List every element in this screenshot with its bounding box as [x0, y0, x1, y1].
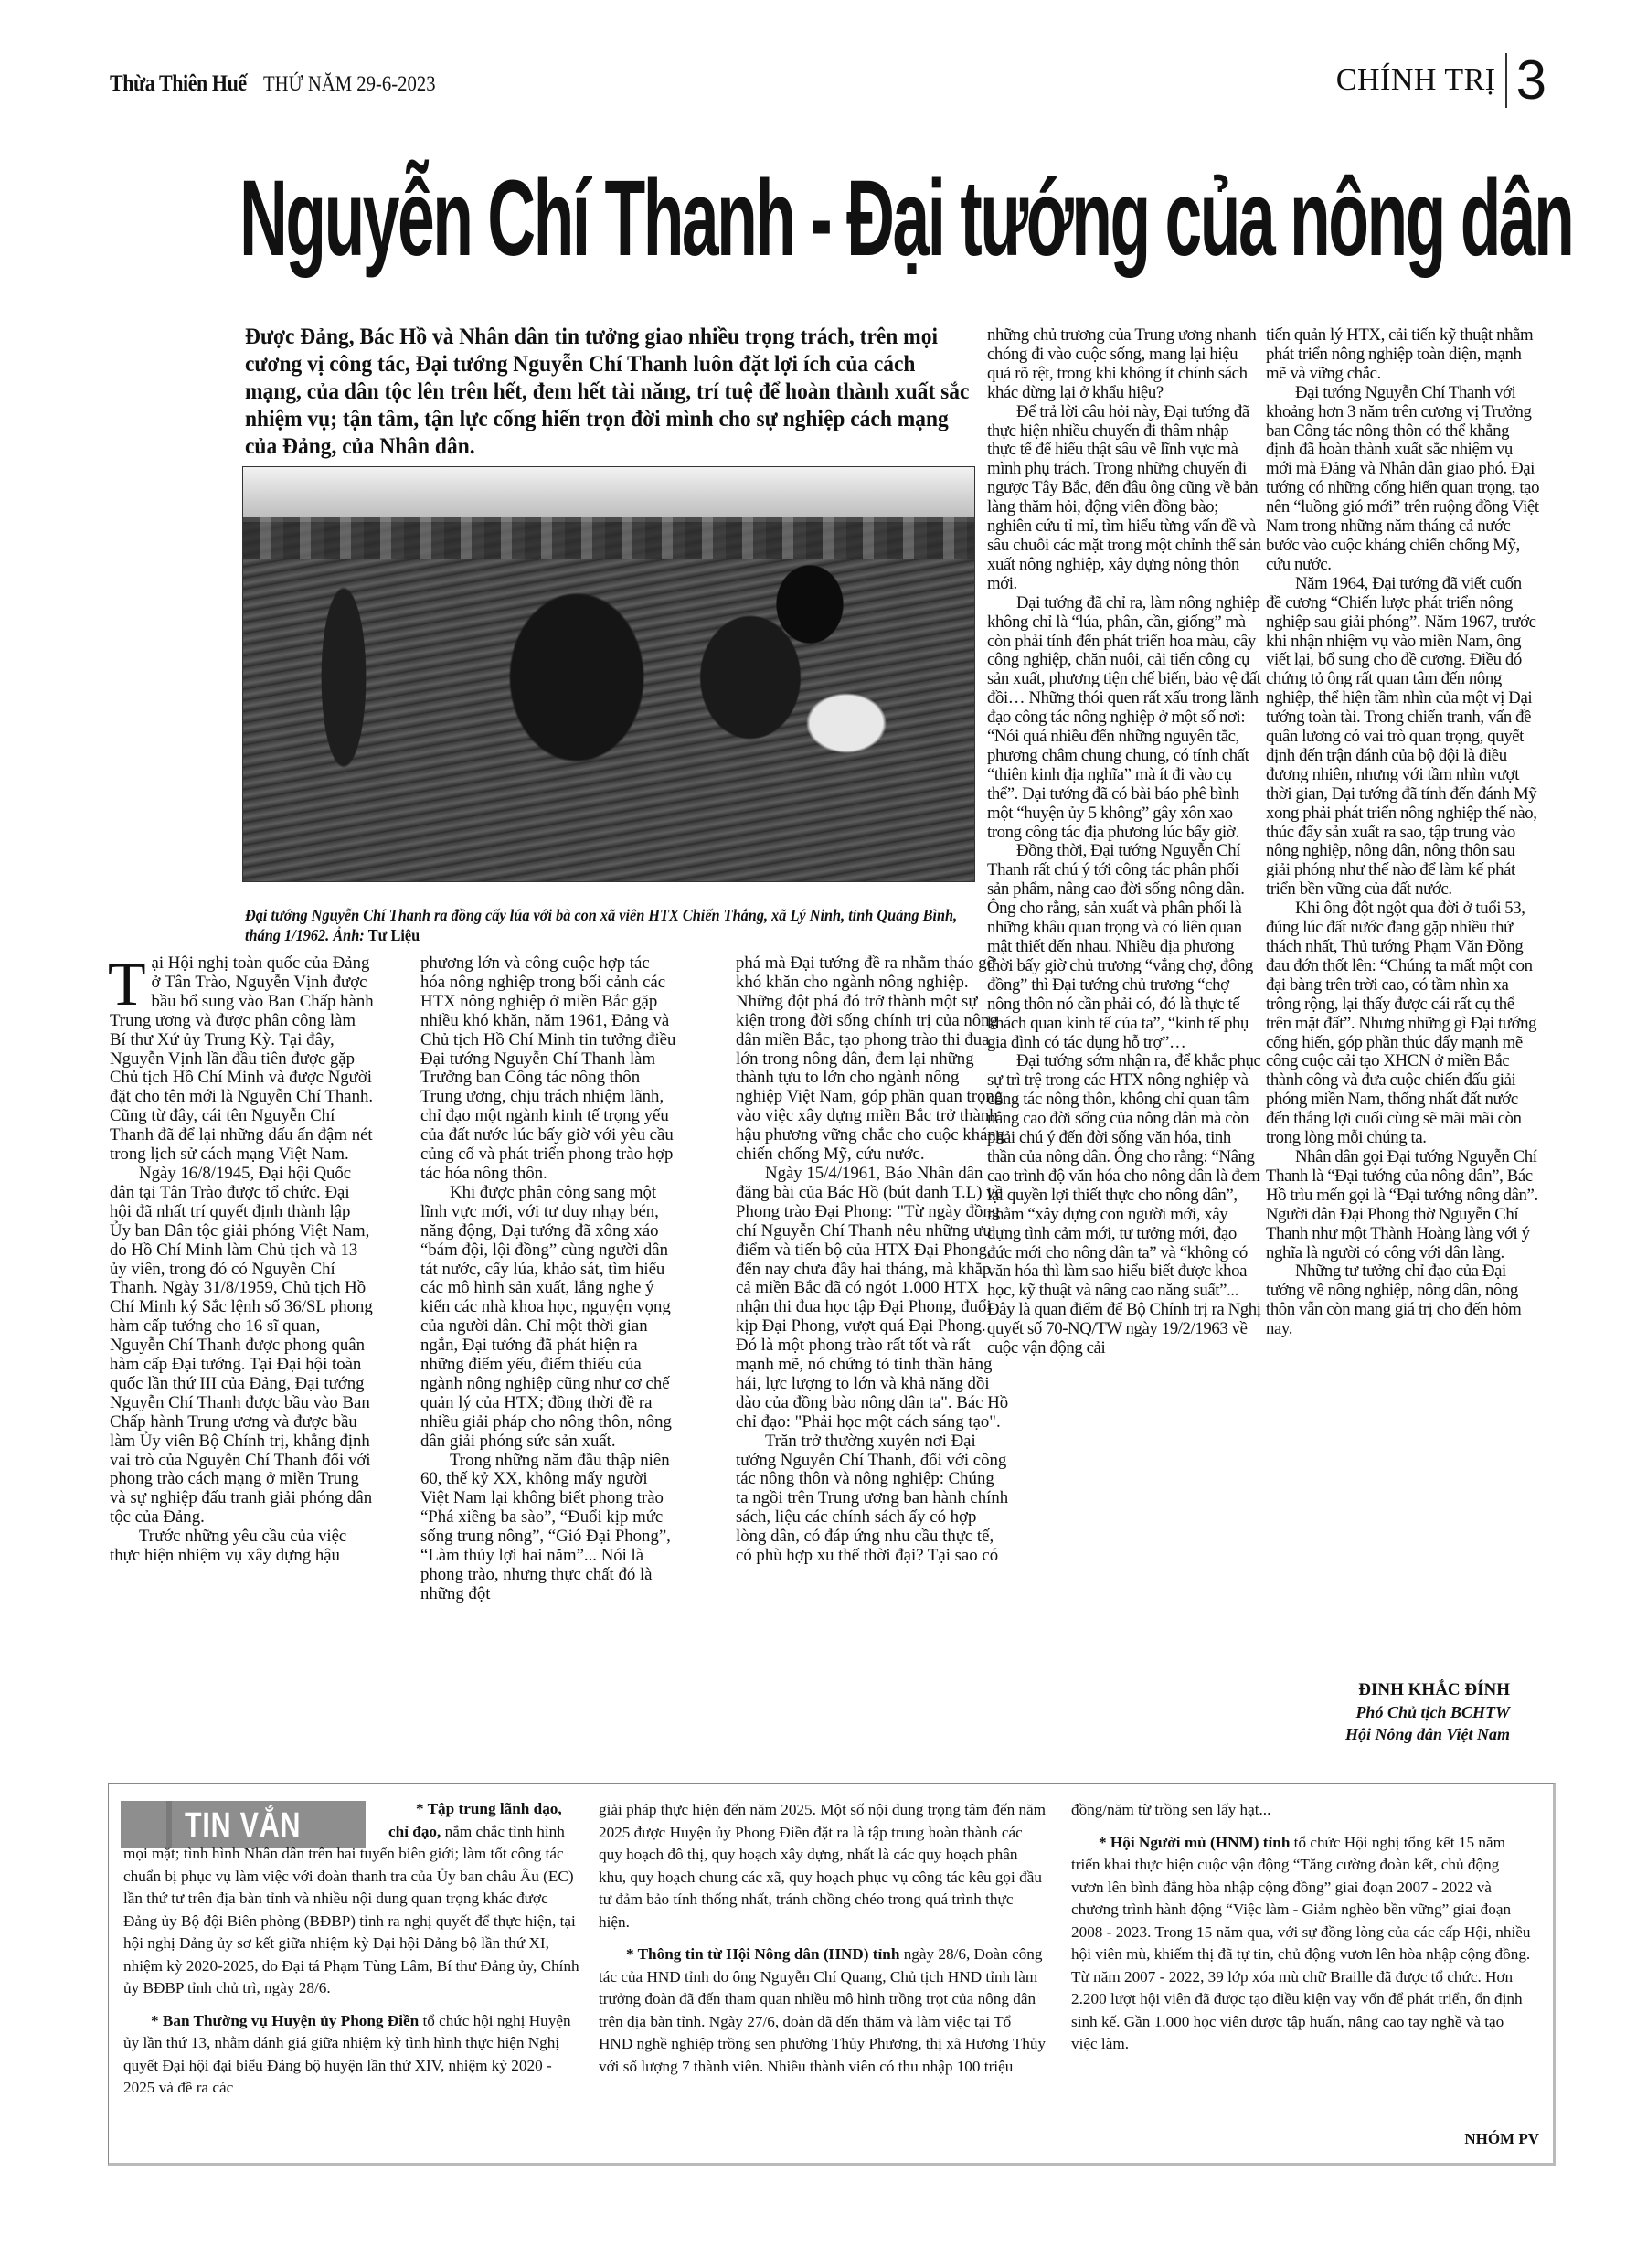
- masthead: Thừa Thiên Huế THỨ NĂM 29-6-2023: [110, 71, 455, 97]
- paragraph: Đại tướng đã chỉ ra, làm nông nghiệp khô…: [987, 594, 1261, 843]
- photo-treeline: [243, 517, 974, 559]
- brief-item: * Hội Người mù (HNM) tỉnh tổ chức Hội ng…: [1071, 1832, 1533, 2056]
- author-name: ĐINH KHẮC ĐÍNH: [1345, 1679, 1510, 1701]
- paragraph: Những tư tưởng chỉ đạo của Đại tướng về …: [1266, 1262, 1540, 1339]
- photo-credit-label: Ảnh:: [333, 926, 364, 944]
- dropcap: T: [108, 957, 146, 1010]
- article-column-4: những chủ trương của Trung ương nhanh ch…: [987, 326, 1261, 1358]
- paragraph: phá mà Đại tướng đề ra nhằm tháo gỡ khó …: [736, 954, 1010, 1165]
- brief-item: * Thông tin từ Hội Nông dân (HND) tỉnh n…: [599, 1943, 1047, 2078]
- paragraph: Ngày 16/8/1945, Đại hội Quốc dân tại Tân…: [110, 1165, 375, 1528]
- brief-item-continued: giải pháp thực hiện đến năm 2025. Một số…: [599, 1799, 1047, 1933]
- paragraph: Năm 1964, Đại tướng đã viết cuốn đề cươn…: [1266, 575, 1540, 900]
- brief-lead: * Ban Thường vụ Huyện ủy Phong Điền: [151, 2012, 419, 2029]
- briefs-column-3: đồng/năm từ trồng sen lấy hạt... * Hội N…: [1071, 1799, 1533, 2066]
- article-column-3: phá mà Đại tướng đề ra nhằm tháo gỡ khó …: [736, 954, 1010, 1566]
- article-column-5: tiến quản lý HTX, cải tiến kỹ thuật nhằm…: [1266, 326, 1540, 1339]
- paragraph: Trước những yêu cầu của việc thực hiện n…: [110, 1528, 375, 1566]
- paragraph: Nhân dân gọi Đại tướng Nguyễn Chí Thanh …: [1266, 1148, 1540, 1262]
- brief-lead: * Hội Người mù (HNM) tỉnh: [1099, 1834, 1290, 1851]
- issue-date: THỨ NĂM 29-6-2023: [263, 72, 436, 96]
- brief-item: * Ban Thường vụ Huyện ủy Phong Điền tổ c…: [123, 2010, 580, 2100]
- article-photo: [242, 466, 975, 882]
- paragraph: Trong những năm đầu thập niên 60, thế kỷ…: [420, 1452, 676, 1604]
- article-sapo: Được Đảng, Bác Hồ và Nhân dân tin tưởng …: [245, 323, 976, 460]
- article-headline: Nguyễn Chí Thanh - Đại tướng của nông dâ…: [239, 163, 1572, 276]
- article-column-2: phương lớn và công cuộc hợp tác hóa nông…: [420, 954, 676, 1604]
- paragraph: Trăn trở thường xuyên nơi Đại tướng Nguy…: [736, 1432, 1010, 1566]
- section-header: CHÍNH TRỊ 3: [1336, 53, 1546, 108]
- paragraph: Ngày 15/4/1961, Báo Nhân dân đăng bài củ…: [736, 1165, 1010, 1432]
- section-divider: [1505, 53, 1507, 108]
- paragraph: Tại Hội nghị toàn quốc của Đảng ở Tân Tr…: [110, 954, 375, 1165]
- photo-caption: Đại tướng Nguyễn Chí Thanh ra đồng cấy l…: [245, 905, 993, 945]
- paragraph: những chủ trương của Trung ương nhanh ch…: [987, 326, 1261, 403]
- section-name: CHÍNH TRỊ: [1336, 63, 1496, 98]
- paragraph: tiến quản lý HTX, cải tiến kỹ thuật nhằm…: [1266, 326, 1540, 384]
- photo-sky: [243, 467, 974, 522]
- paragraph: Khi ông đột ngột qua đời ở tuổi 53, đúng…: [1266, 900, 1540, 1148]
- paragraph: Đồng thời, Đại tướng Nguyễn Chí Thanh rấ…: [987, 842, 1261, 1052]
- paragraph: phương lớn và công cuộc hợp tác hóa nông…: [420, 954, 676, 1184]
- brief-item-text: * Tập trung lãnh đạo, chỉ đạo, nắm chắc …: [123, 1798, 580, 2000]
- brief-item-continued: đồng/năm từ trồng sen lấy hạt...: [1071, 1799, 1533, 1822]
- author-role: Phó Chủ tịch BCHTW: [1345, 1701, 1510, 1723]
- article-byline: ĐINH KHẮC ĐÍNH Phó Chủ tịch BCHTW Hội Nô…: [1345, 1679, 1510, 1745]
- page-number: 3: [1516, 53, 1546, 108]
- paragraph: Đại tướng sớm nhận ra, để khắc phục sự t…: [987, 1052, 1261, 1358]
- newspaper-name: Thừa Thiên Huế: [110, 71, 247, 97]
- article-column-1: Tại Hội nghị toàn quốc của Đảng ở Tân Tr…: [110, 954, 375, 1566]
- photo-credit-name: Tư Liệu: [368, 926, 420, 944]
- paragraph: Để trả lời câu hỏi này, Đại tướng đã thự…: [987, 403, 1261, 594]
- paragraph: Khi được phân công sang một lĩnh vực mới…: [420, 1184, 676, 1452]
- brief-lead: * Thông tin từ Hội Nông dân (HND) tỉnh: [626, 1945, 899, 1963]
- briefs-column-2: giải pháp thực hiện đến năm 2025. Một số…: [599, 1799, 1047, 2088]
- briefs-column-1: * Tập trung lãnh đạo, chỉ đạo, * Tập tru…: [123, 1799, 580, 2110]
- author-organization: Hội Nông dân Việt Nam: [1345, 1723, 1510, 1745]
- paragraph: Đại tướng Nguyễn Chí Thanh với khoảng hơ…: [1266, 384, 1540, 575]
- briefs-signature: NHÓM PV: [1464, 2130, 1539, 2148]
